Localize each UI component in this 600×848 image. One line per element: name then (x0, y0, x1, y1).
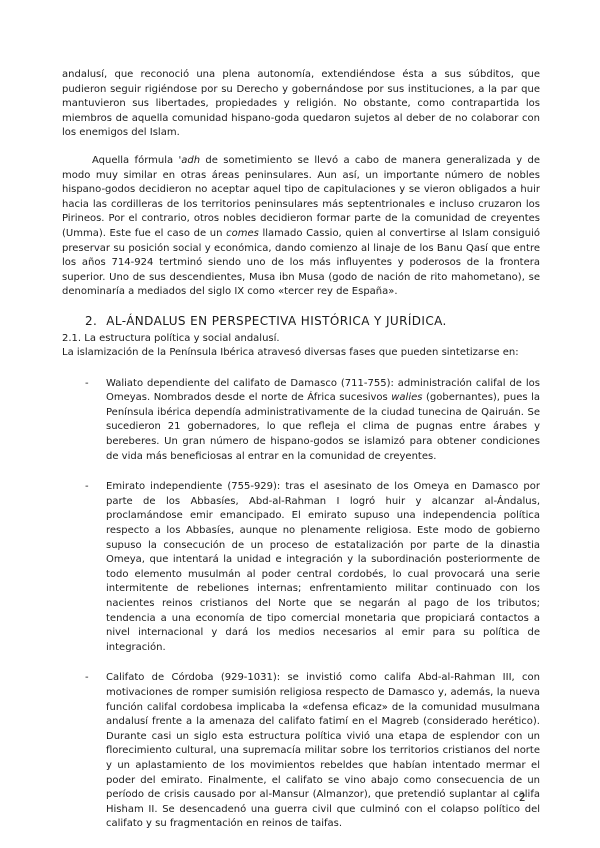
section-number: 2. (85, 314, 97, 328)
bullet-text-segment: Califato de Córdoba (929-1031): se invis… (106, 672, 540, 829)
paragraph-adh-formula: Aquella fórmula 'adh de sometimiento se … (62, 154, 540, 300)
bullet-text: Califato de Córdoba (929-1031): se invis… (106, 672, 540, 829)
bullet-list: - Waliato dependiente del califato de Da… (62, 377, 540, 832)
paragraph-text: Aquella fórmula (92, 155, 178, 166)
italic-term-walies: walies (391, 392, 422, 403)
bullet-dash-marker: - (85, 377, 89, 392)
bullet-item-califato: - Califato de Córdoba (929-1031): se inv… (62, 671, 540, 832)
page-number: 2 (519, 792, 526, 804)
bullet-text: Emirato independiente (755-929): tras el… (106, 481, 540, 653)
page-content: andalusí, que reconoció una plena autono… (62, 68, 540, 848)
bullet-text-segment: Emirato independiente (755-929): tras el… (106, 481, 540, 653)
paragraph-continuation: andalusí, que reconoció una plena autono… (62, 68, 540, 141)
subsection-heading: 2.1. La estructura política y social and… (62, 332, 540, 347)
section-title: AL-ÁNDALUS EN PERSPECTIVA HISTÓRICA Y JU… (106, 314, 447, 328)
intro-line: La islamización de la Península Ibérica … (62, 346, 540, 361)
section-heading: 2.AL-ÁNDALUS EN PERSPECTIVA HISTÓRICA Y … (62, 314, 540, 329)
bullet-item-waliato: - Waliato dependiente del califato de Da… (62, 377, 540, 465)
italic-term-comes: comes (226, 228, 259, 239)
bullet-dash-marker: - (85, 671, 89, 686)
document-page: andalusí, que reconoció una plena autono… (0, 0, 600, 848)
bullet-text: Waliato dependiente del califato de Dama… (106, 378, 540, 462)
bullet-dash-marker: - (85, 480, 89, 495)
italic-term-adh: 'adh (178, 155, 200, 166)
bullet-item-emirato: - Emirato independiente (755-929): tras … (62, 480, 540, 655)
paragraph-text: de sometimiento se llevó a cabo de maner… (62, 155, 540, 239)
